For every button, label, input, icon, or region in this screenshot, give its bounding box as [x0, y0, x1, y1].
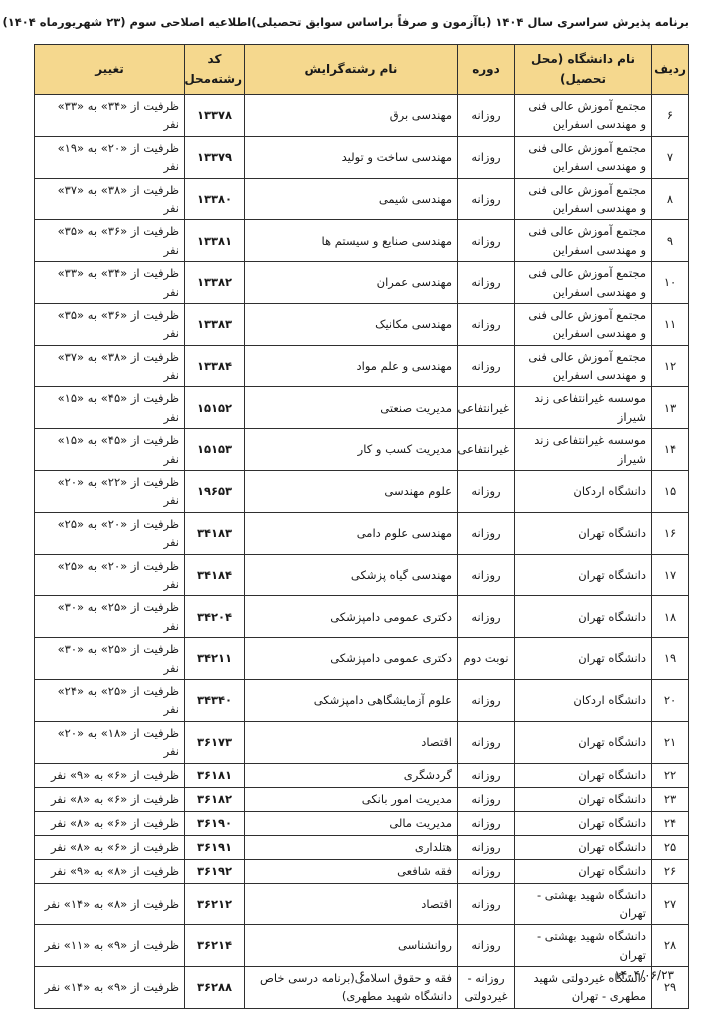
cell-university: دانشگاه تهران — [515, 554, 652, 596]
cell-period: روزانه — [458, 835, 515, 859]
cell-period: روزانه — [458, 763, 515, 787]
table-row: ۱۹دانشگاه تهراننوبت دومدکتری عمومی دامپز… — [35, 638, 689, 680]
cell-program: مدیریت امور بانکی — [245, 787, 458, 811]
table-row: ۱۳موسسه غیرانتفاعی زند شیرازغیرانتفاعیمد… — [35, 387, 689, 429]
cell-row-number: ۱۷ — [652, 554, 689, 596]
cell-code: ۱۳۳۸۰ — [185, 178, 245, 220]
page-number: ۶ — [35, 968, 689, 982]
cell-code: ۱۳۳۷۸ — [185, 95, 245, 137]
cell-program: علوم مهندسی — [245, 471, 458, 513]
cell-change: ظرفیت از «۴۵» به «۱۵» نفر — [35, 387, 185, 429]
cell-row-number: ۸ — [652, 178, 689, 220]
table-row: ۶مجتمع آموزش عالی فنی و مهندسی اسفراینرو… — [35, 95, 689, 137]
cell-period: روزانه — [458, 178, 515, 220]
table-row: ۲۳دانشگاه تهرانروزانهمدیریت امور بانکی۳۶… — [35, 787, 689, 811]
cell-code: ۳۴۱۸۳ — [185, 512, 245, 554]
cell-period: روزانه — [458, 596, 515, 638]
cell-change: ظرفیت از «۲۰» به «۲۵» نفر — [35, 512, 185, 554]
cell-change: ظرفیت از «۲۲» به «۲۰» نفر — [35, 471, 185, 513]
cell-change: ظرفیت از «۶» به «۹» نفر — [35, 763, 185, 787]
cell-change: ظرفیت از «۶» به «۸» نفر — [35, 787, 185, 811]
column-header-code: کد رشته‌محل — [185, 45, 245, 95]
cell-row-number: ۱۲ — [652, 345, 689, 387]
cell-program: مدیریت مالی — [245, 811, 458, 835]
cell-change: ظرفیت از «۱۸» به «۲۰» نفر — [35, 721, 185, 763]
cell-program: دکتری عمومی دامپزشکی — [245, 638, 458, 680]
cell-row-number: ۲۳ — [652, 787, 689, 811]
cell-program: مهندسی ساخت و تولید — [245, 136, 458, 178]
cell-change: ظرفیت از «۶» به «۸» نفر — [35, 811, 185, 835]
footer-date: ۱۴۰۴/۰۶/۲۳ — [614, 968, 674, 982]
cell-row-number: ۱۱ — [652, 303, 689, 345]
cell-period: روزانه — [458, 471, 515, 513]
cell-change: ظرفیت از «۳۸» به «۳۷» نفر — [35, 345, 185, 387]
cell-university: مجتمع آموزش عالی فنی و مهندسی اسفراین — [515, 95, 652, 137]
table-row: ۱۴موسسه غیرانتفاعی زند شیرازغیرانتفاعیمد… — [35, 429, 689, 471]
table-row: ۲۴دانشگاه تهرانروزانهمدیریت مالی۳۶۱۹۰ظرف… — [35, 811, 689, 835]
table-header: ردیف نام دانشگاه (محل تحصیل) دوره نام رش… — [35, 45, 689, 95]
cell-program: مهندسی گیاه پزشکی — [245, 554, 458, 596]
cell-university: مجتمع آموزش عالی فنی و مهندسی اسفراین — [515, 262, 652, 304]
table-row: ۲۸دانشگاه شهید بهشتی - تهرانروزانهروانشن… — [35, 925, 689, 967]
cell-program: مهندسی و علم مواد — [245, 345, 458, 387]
cell-row-number: ۷ — [652, 136, 689, 178]
cell-code: ۱۵۱۵۲ — [185, 387, 245, 429]
cell-program: مهندسی عمران — [245, 262, 458, 304]
cell-row-number: ۲۷ — [652, 883, 689, 925]
cell-code: ۳۴۱۸۴ — [185, 554, 245, 596]
cell-program: مدیریت کسب و کار — [245, 429, 458, 471]
cell-university: دانشگاه تهران — [515, 787, 652, 811]
table-row: ۷مجتمع آموزش عالی فنی و مهندسی اسفراینرو… — [35, 136, 689, 178]
cell-university: دانشگاه اردکان — [515, 471, 652, 513]
cell-university: مجتمع آموزش عالی فنی و مهندسی اسفراین — [515, 303, 652, 345]
cell-change: ظرفیت از «۶» به «۸» نفر — [35, 835, 185, 859]
cell-period: روزانه — [458, 925, 515, 967]
cell-program: علوم آزمایشگاهی دامپزشکی — [245, 679, 458, 721]
cell-period: روزانه — [458, 679, 515, 721]
table-row: ۹مجتمع آموزش عالی فنی و مهندسی اسفراینرو… — [35, 220, 689, 262]
cell-period: روزانه — [458, 811, 515, 835]
cell-university: مجتمع آموزش عالی فنی و مهندسی اسفراین — [515, 178, 652, 220]
cell-code: ۳۶۲۱۲ — [185, 883, 245, 925]
cell-change: ظرفیت از «۹» به «۱۱» نفر — [35, 925, 185, 967]
cell-code: ۳۶۱۹۱ — [185, 835, 245, 859]
cell-change: ظرفیت از «۲۰» به «۲۵» نفر — [35, 554, 185, 596]
table-row: ۱۷دانشگاه تهرانروزانهمهندسی گیاه پزشکی۳۴… — [35, 554, 689, 596]
cell-period: روزانه — [458, 303, 515, 345]
cell-program: اقتصاد — [245, 883, 458, 925]
page-header: برنامه پذیرش سراسری سال ۱۴۰۴ (باآزمون و … — [35, 15, 689, 29]
cell-program: مهندسی مکانیک — [245, 303, 458, 345]
cell-change: ظرفیت از «۳۶» به «۳۵» نفر — [35, 220, 185, 262]
cell-change: ظرفیت از «۸» به «۹» نفر — [35, 859, 185, 883]
cell-change: ظرفیت از «۸» به «۱۴» نفر — [35, 883, 185, 925]
cell-change: ظرفیت از «۴۵» به «۱۵» نفر — [35, 429, 185, 471]
cell-period: غیرانتفاعی — [458, 429, 515, 471]
cell-period: روزانه — [458, 262, 515, 304]
cell-university: دانشگاه تهران — [515, 859, 652, 883]
cell-program: مهندسی صنایع و سیستم ها — [245, 220, 458, 262]
cell-program: فقه شافعی — [245, 859, 458, 883]
page-footer: ۱۴۰۴/۰۶/۲۳ ۶ — [35, 968, 689, 986]
cell-university: دانشگاه تهران — [515, 811, 652, 835]
cell-program: هتلداری — [245, 835, 458, 859]
cell-code: ۳۴۲۱۱ — [185, 638, 245, 680]
table-row: ۲۷دانشگاه شهید بهشتی - تهرانروزانهاقتصاد… — [35, 883, 689, 925]
cell-period: روزانه — [458, 345, 515, 387]
cell-program: دکتری عمومی دامپزشکی — [245, 596, 458, 638]
cell-code: ۳۶۲۱۴ — [185, 925, 245, 967]
cell-code: ۳۶۱۷۳ — [185, 721, 245, 763]
cell-code: ۱۳۳۸۲ — [185, 262, 245, 304]
table-row: ۲۶دانشگاه تهرانروزانهفقه شافعی۳۶۱۹۲ظرفیت… — [35, 859, 689, 883]
cell-row-number: ۲۶ — [652, 859, 689, 883]
cell-program: مدیریت صنعتی — [245, 387, 458, 429]
cell-university: موسسه غیرانتفاعی زند شیراز — [515, 429, 652, 471]
amendment-notice: اطلاعیه اصلاحی سوم (۲۳ شهریورماه ۱۴۰۴) — [2, 15, 251, 29]
cell-period: نوبت دوم — [458, 638, 515, 680]
table-row: ۲۱دانشگاه تهرانروزانهاقتصاد۳۶۱۷۳ظرفیت از… — [35, 721, 689, 763]
table-row: ۱۸دانشگاه تهرانروزانهدکتری عمومی دامپزشک… — [35, 596, 689, 638]
cell-code: ۳۴۲۰۴ — [185, 596, 245, 638]
cell-program: گردشگری — [245, 763, 458, 787]
cell-university: موسسه غیرانتفاعی زند شیراز — [515, 387, 652, 429]
cell-university: مجتمع آموزش عالی فنی و مهندسی اسفراین — [515, 345, 652, 387]
cell-university: دانشگاه تهران — [515, 638, 652, 680]
column-header-row-number: ردیف — [652, 45, 689, 95]
cell-code: ۱۳۳۸۳ — [185, 303, 245, 345]
cell-row-number: ۶ — [652, 95, 689, 137]
column-header-change: تغییر — [35, 45, 185, 95]
header-row: ردیف نام دانشگاه (محل تحصیل) دوره نام رش… — [35, 45, 689, 95]
cell-code: ۱۳۳۸۱ — [185, 220, 245, 262]
cell-row-number: ۱۹ — [652, 638, 689, 680]
cell-university: دانشگاه اردکان — [515, 679, 652, 721]
cell-university: دانشگاه تهران — [515, 835, 652, 859]
cell-code: ۱۵۱۵۳ — [185, 429, 245, 471]
cell-code: ۳۶۱۸۲ — [185, 787, 245, 811]
cell-period: روزانه — [458, 512, 515, 554]
cell-period: روزانه — [458, 136, 515, 178]
admissions-table: ردیف نام دانشگاه (محل تحصیل) دوره نام رش… — [34, 44, 689, 1009]
cell-period: روزانه — [458, 721, 515, 763]
column-header-university: نام دانشگاه (محل تحصیل) — [515, 45, 652, 95]
table-row: ۱۶دانشگاه تهرانروزانهمهندسی علوم دامی۳۴۱… — [35, 512, 689, 554]
cell-code: ۳۶۱۸۱ — [185, 763, 245, 787]
cell-university: دانشگاه تهران — [515, 763, 652, 787]
cell-program: مهندسی برق — [245, 95, 458, 137]
column-header-period: دوره — [458, 45, 515, 95]
cell-university: دانشگاه تهران — [515, 596, 652, 638]
cell-row-number: ۲۱ — [652, 721, 689, 763]
cell-code: ۳۶۱۹۰ — [185, 811, 245, 835]
cell-change: ظرفیت از «۲۰» به «۱۹» نفر — [35, 136, 185, 178]
table-row: ۸مجتمع آموزش عالی فنی و مهندسی اسفراینرو… — [35, 178, 689, 220]
cell-change: ظرفیت از «۳۴» به «۳۳» نفر — [35, 95, 185, 137]
table-row: ۱۱مجتمع آموزش عالی فنی و مهندسی اسفراینر… — [35, 303, 689, 345]
cell-code: ۱۳۳۸۴ — [185, 345, 245, 387]
cell-university: دانشگاه شهید بهشتی - تهران — [515, 925, 652, 967]
cell-row-number: ۱۸ — [652, 596, 689, 638]
cell-code: ۳۶۱۹۲ — [185, 859, 245, 883]
cell-program: روانشناسی — [245, 925, 458, 967]
cell-row-number: ۱۶ — [652, 512, 689, 554]
cell-change: ظرفیت از «۲۵» به «۲۴» نفر — [35, 679, 185, 721]
table-row: ۲۰دانشگاه اردکانروزانهعلوم آزمایشگاهی دا… — [35, 679, 689, 721]
cell-program: مهندسی علوم دامی — [245, 512, 458, 554]
cell-row-number: ۲۴ — [652, 811, 689, 835]
cell-change: ظرفیت از «۲۵» به «۳۰» نفر — [35, 596, 185, 638]
table-row: ۱۰مجتمع آموزش عالی فنی و مهندسی اسفراینر… — [35, 262, 689, 304]
cell-change: ظرفیت از «۳۴» به «۳۳» نفر — [35, 262, 185, 304]
cell-period: روزانه — [458, 787, 515, 811]
cell-row-number: ۲۵ — [652, 835, 689, 859]
cell-period: روزانه — [458, 220, 515, 262]
cell-row-number: ۲۰ — [652, 679, 689, 721]
cell-period: غیرانتفاعی — [458, 387, 515, 429]
table-row: ۲۲دانشگاه تهرانروزانهگردشگری۳۶۱۸۱ظرفیت ا… — [35, 763, 689, 787]
cell-period: روزانه — [458, 883, 515, 925]
cell-university: دانشگاه شهید بهشتی - تهران — [515, 883, 652, 925]
cell-change: ظرفیت از «۲۵» به «۳۰» نفر — [35, 638, 185, 680]
cell-program: اقتصاد — [245, 721, 458, 763]
cell-row-number: ۱۴ — [652, 429, 689, 471]
cell-program: مهندسی شیمی — [245, 178, 458, 220]
cell-row-number: ۱۳ — [652, 387, 689, 429]
document-page: برنامه پذیرش سراسری سال ۱۴۰۴ (باآزمون و … — [0, 0, 724, 1024]
cell-university: مجتمع آموزش عالی فنی و مهندسی اسفراین — [515, 136, 652, 178]
column-header-program: نام رشته‌گرایش — [245, 45, 458, 95]
cell-code: ۳۴۳۴۰ — [185, 679, 245, 721]
cell-code: ۱۹۶۵۳ — [185, 471, 245, 513]
cell-change: ظرفیت از «۳۶» به «۳۵» نفر — [35, 303, 185, 345]
table-row: ۱۵دانشگاه اردکانروزانهعلوم مهندسی۱۹۶۵۳ظر… — [35, 471, 689, 513]
cell-row-number: ۲۸ — [652, 925, 689, 967]
cell-row-number: ۱۵ — [652, 471, 689, 513]
cell-row-number: ۲۲ — [652, 763, 689, 787]
cell-row-number: ۹ — [652, 220, 689, 262]
cell-period: روزانه — [458, 554, 515, 596]
cell-row-number: ۱۰ — [652, 262, 689, 304]
cell-university: مجتمع آموزش عالی فنی و مهندسی اسفراین — [515, 220, 652, 262]
cell-change: ظرفیت از «۳۸» به «۳۷» نفر — [35, 178, 185, 220]
document-title: برنامه پذیرش سراسری سال ۱۴۰۴ (باآزمون و … — [251, 15, 689, 29]
table-body: ۶مجتمع آموزش عالی فنی و مهندسی اسفراینرو… — [35, 95, 689, 1009]
cell-university: دانشگاه تهران — [515, 512, 652, 554]
table-row: ۲۵دانشگاه تهرانروزانههتلداری۳۶۱۹۱ظرفیت ا… — [35, 835, 689, 859]
cell-period: روزانه — [458, 95, 515, 137]
table-row: ۱۲مجتمع آموزش عالی فنی و مهندسی اسفراینر… — [35, 345, 689, 387]
cell-code: ۱۳۳۷۹ — [185, 136, 245, 178]
cell-period: روزانه — [458, 859, 515, 883]
cell-university: دانشگاه تهران — [515, 721, 652, 763]
